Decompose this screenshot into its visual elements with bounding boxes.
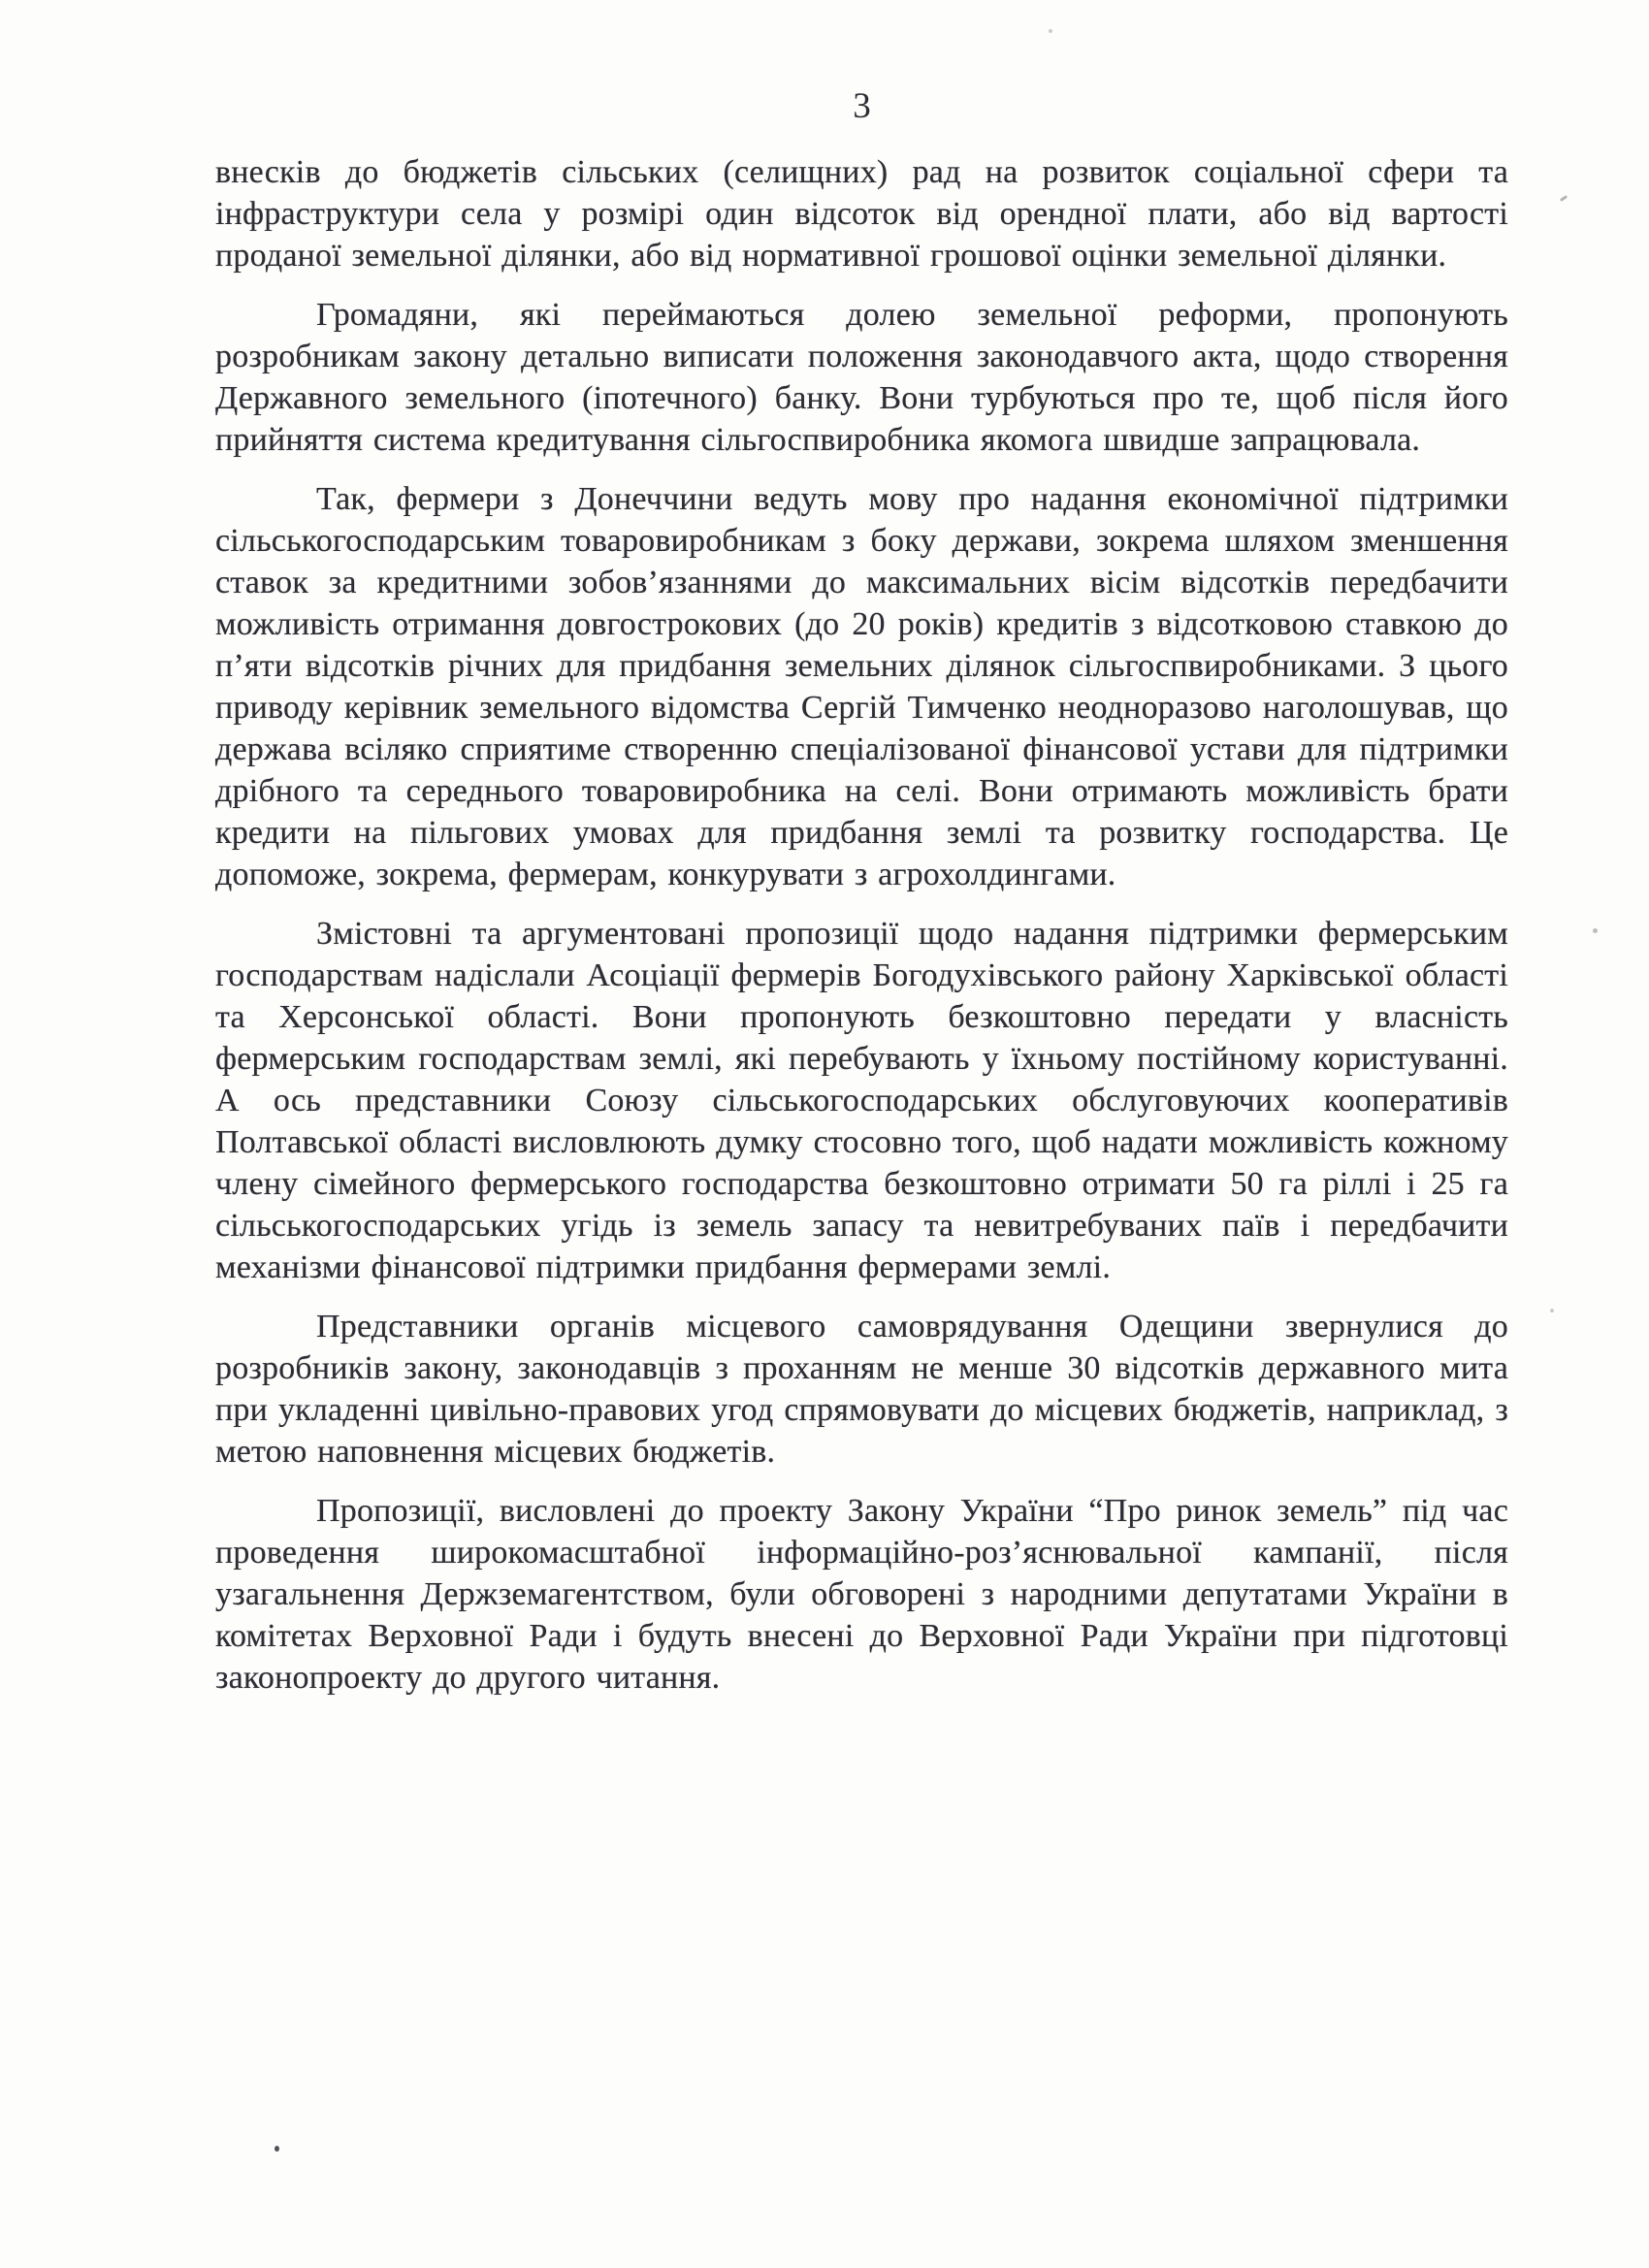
paragraph: Так, фермери з Донеччини ведуть мову про… xyxy=(215,478,1508,895)
paragraph: Пропозиції, висловлені до проекту Закону… xyxy=(215,1490,1508,1699)
scan-artifact xyxy=(1560,195,1568,202)
scan-artifact xyxy=(1550,1309,1554,1312)
paragraph: Представники органів місцевого самовряду… xyxy=(215,1306,1508,1473)
page-number: 3 xyxy=(215,87,1508,126)
scan-artifact xyxy=(275,2146,279,2152)
scanned-document-page: 3 внесків до бюджетів сільських (селищни… xyxy=(0,0,1649,2268)
paragraph: Громадяни, які переймаються долею земель… xyxy=(215,294,1508,461)
scan-artifact xyxy=(1593,928,1598,933)
scan-artifact xyxy=(1049,29,1052,33)
document-body: внесків до бюджетів сільських (селищних)… xyxy=(215,151,1508,1716)
paragraph-continuation: внесків до бюджетів сільських (селищних)… xyxy=(215,151,1508,276)
paragraph: Змістовні та аргументовані пропозиції що… xyxy=(215,913,1508,1288)
